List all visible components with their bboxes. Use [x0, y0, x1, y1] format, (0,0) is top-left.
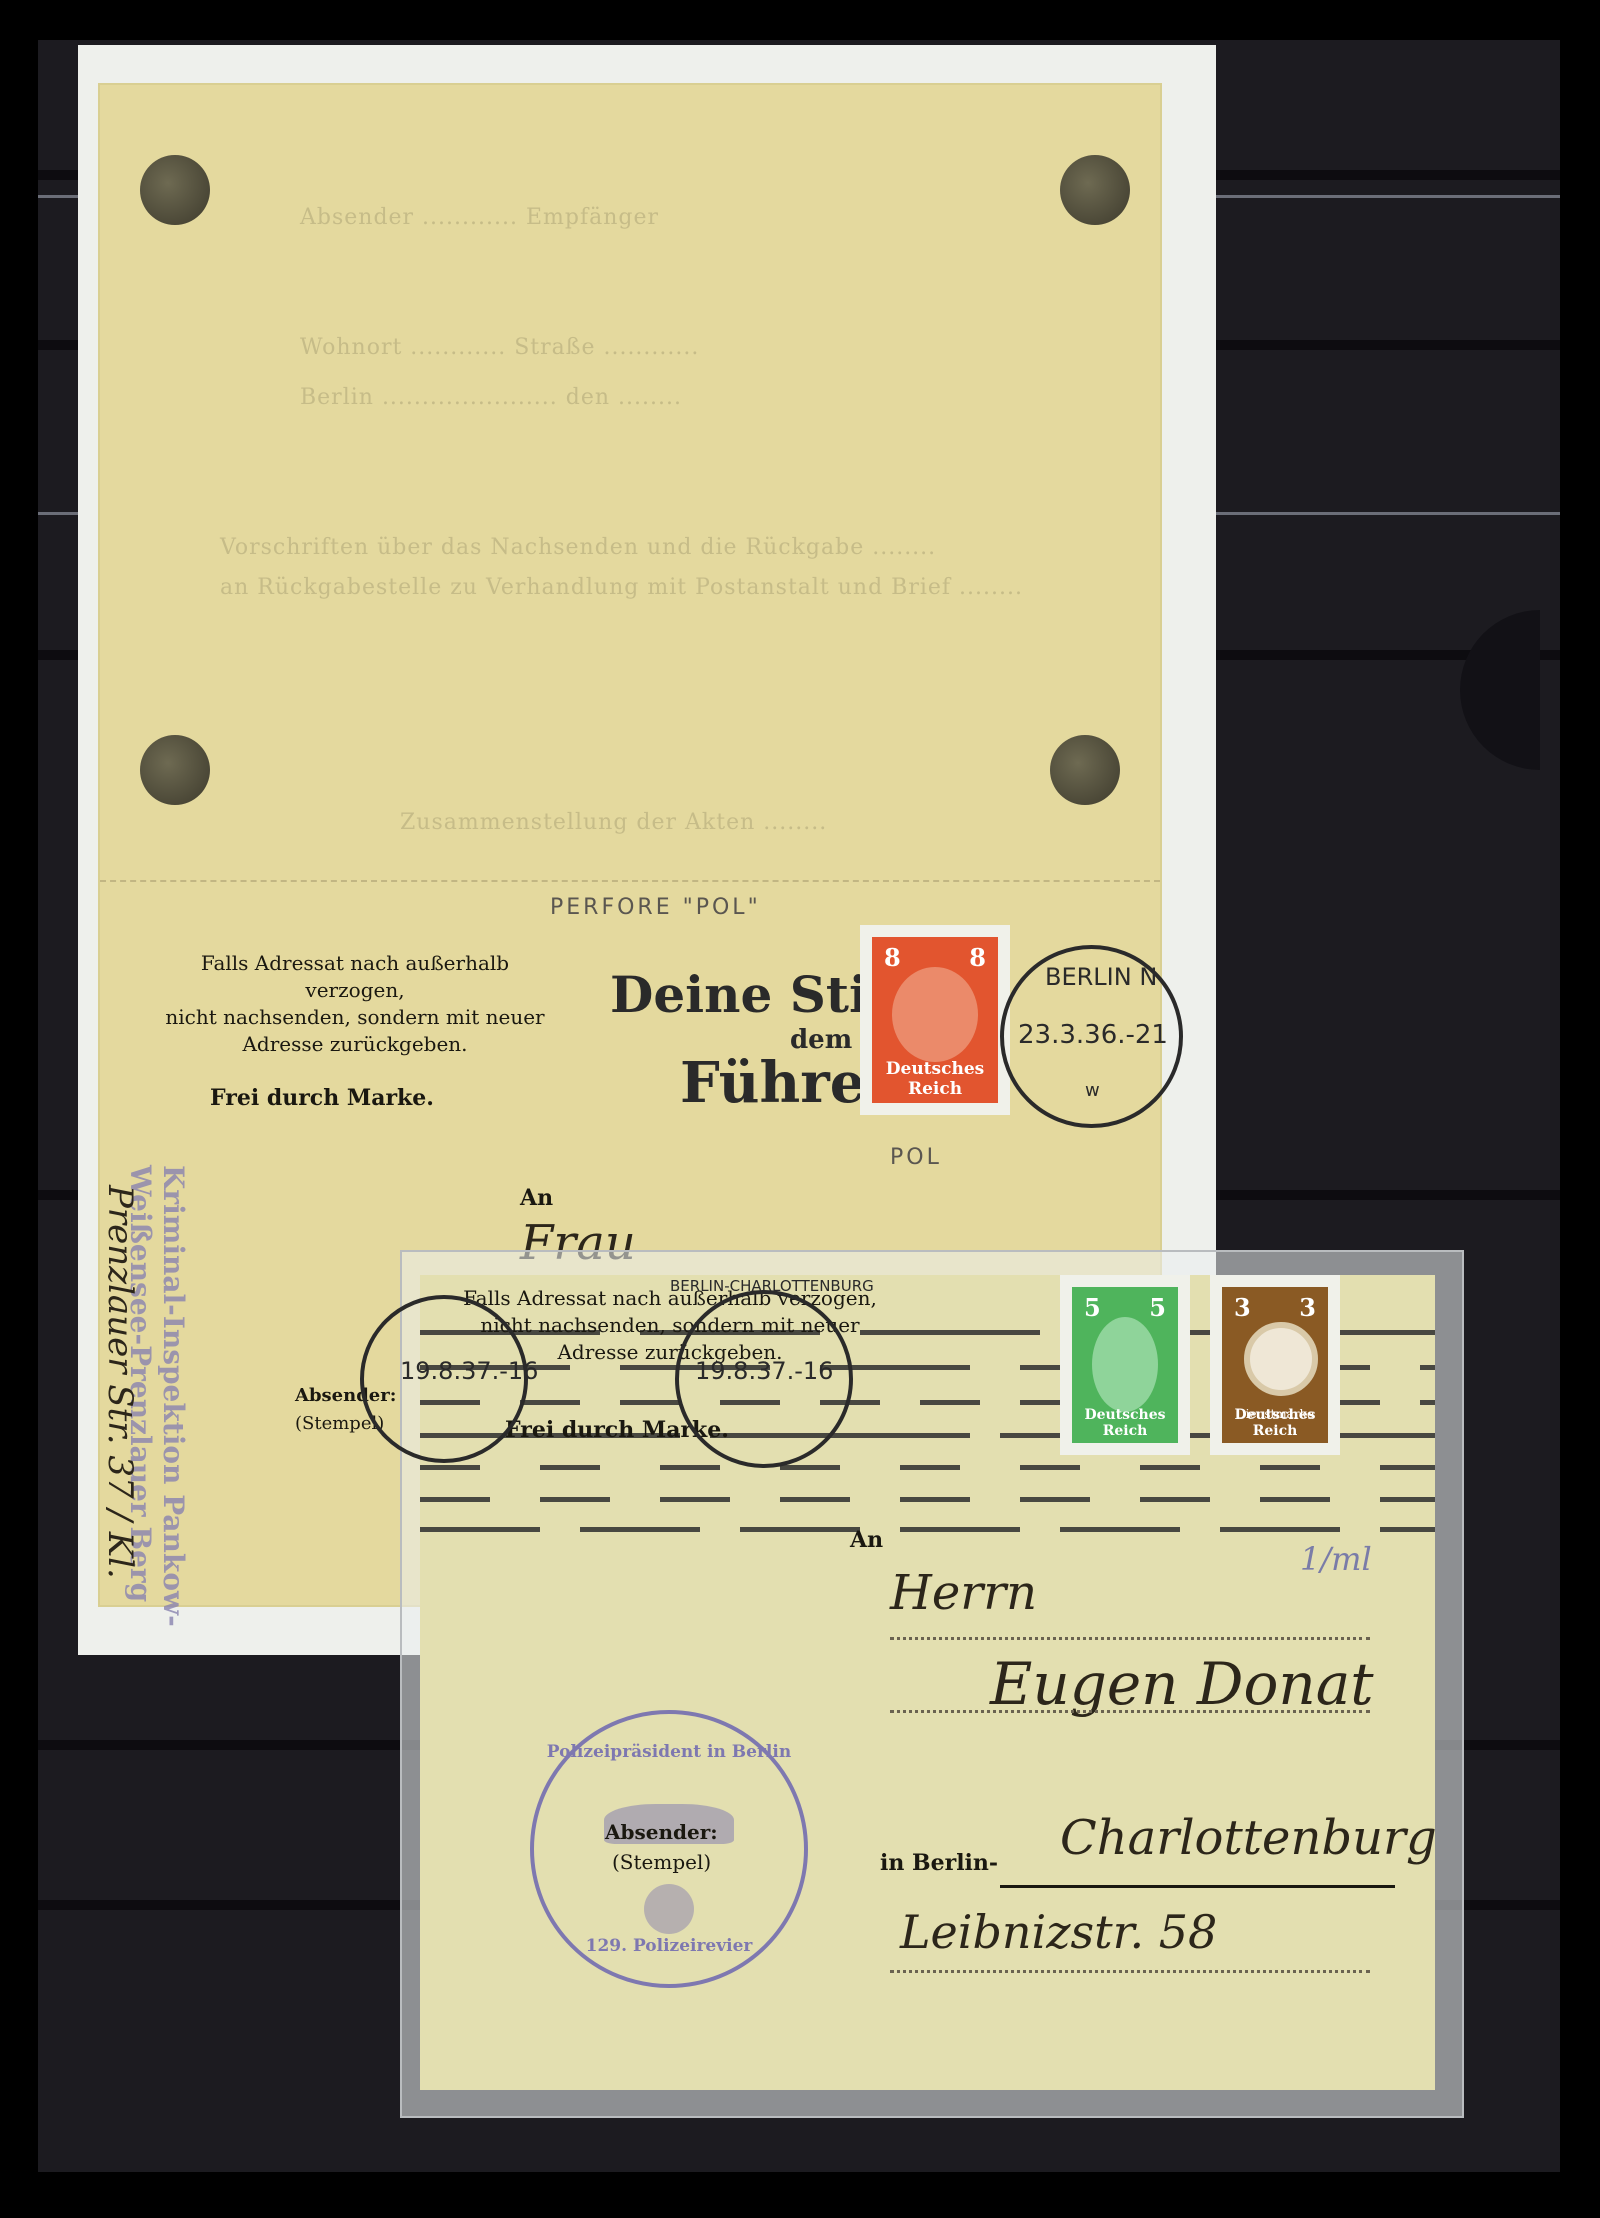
- stamp-3pf-dienstmarke[interactable]: 3 3 Dienstmarke Deutsches Reich: [1210, 1275, 1340, 1455]
- stamp-face: 5 5 Deutsches Reich: [1072, 1287, 1178, 1443]
- handwritten-side-note: Prenzlauer Str. 37 / Kl.: [100, 1185, 140, 1579]
- hinge-mark: [1050, 735, 1120, 805]
- stamp-face: 3 3 Dienstmarke Deutsches Reich: [1222, 1287, 1328, 1443]
- postage-note: Frei durch Marke.: [210, 1085, 434, 1111]
- stamp-face: 8 8 Deutsches Reich: [872, 937, 998, 1103]
- recipient-city: Charlottenburg: [1060, 1810, 1437, 1866]
- stamp-value: 5: [1084, 1293, 1101, 1322]
- stamp-country: Deutsches Reich: [1076, 1407, 1174, 1439]
- postmark-date: 23.3.36.-21: [1018, 1020, 1168, 1050]
- postmark-city: BERLIN N: [1045, 963, 1157, 991]
- wreath-emblem-icon: [1244, 1322, 1318, 1396]
- recipient-name: Eugen Donat: [990, 1650, 1374, 1718]
- hindenburg-portrait-icon: [892, 967, 978, 1062]
- wreath-emblem-icon: [644, 1884, 694, 1934]
- machine-cancel-line: [420, 1527, 1435, 1532]
- postmark-code: w: [1085, 1080, 1100, 1101]
- postmark-date: 19.8.37.-16: [695, 1357, 833, 1385]
- pencil-note: PERFORE "POL": [550, 895, 761, 920]
- stamp-value: 8: [969, 943, 986, 972]
- address-line: [890, 1710, 1370, 1713]
- stamp-8pf[interactable]: 8 8 Deutsches Reich: [860, 925, 1010, 1115]
- stamp-country: Deutsches Reich: [1226, 1407, 1324, 1439]
- forwarding-note: Falls Adressat nach außerhalb verzogen, …: [155, 950, 555, 1058]
- police-seal-stamp: Polizeipräsident in Berlin 129. Polizeir…: [530, 1710, 808, 1988]
- recipient-salutation: Herrn: [890, 1565, 1037, 1621]
- stamp-value: 3: [1299, 1293, 1316, 1322]
- stamp-country: Deutsches Reich: [876, 1059, 994, 1099]
- pencil-note-small: POL: [890, 1145, 942, 1170]
- stamp-value: 5: [1149, 1293, 1166, 1322]
- stamp-value: 3: [1234, 1293, 1251, 1322]
- address-prefix: An: [520, 1185, 553, 1211]
- postmark-date: 19.8.37.-16: [400, 1357, 538, 1385]
- address-line: [1000, 1885, 1395, 1888]
- seal-bottom-text: 129. Polizeirevier: [534, 1936, 804, 1956]
- seal-top-text: Polizeipräsident in Berlin: [534, 1742, 804, 1762]
- postmark-city: BERLIN-CHARLOTTENBURG: [670, 1277, 874, 1295]
- sender-sub: (Stempel): [612, 1850, 711, 1874]
- machine-cancel-line: [420, 1497, 1435, 1502]
- address-line: [890, 1970, 1370, 1973]
- hinge-mark: [140, 735, 210, 805]
- fold-line: [100, 880, 1160, 882]
- address-line: [890, 1637, 1370, 1640]
- address-prefix: An: [850, 1527, 883, 1553]
- hindenburg-portrait-icon: [1092, 1317, 1158, 1412]
- machine-cancel-line: [420, 1465, 1435, 1470]
- stamp-value: 8: [884, 943, 901, 972]
- hinge-mark: [1060, 155, 1130, 225]
- lower-letter-card[interactable]: Falls Adressat nach außerhalb verzogen, …: [420, 1275, 1435, 2090]
- city-prefix: in Berlin-: [880, 1850, 998, 1876]
- stamp-5pf[interactable]: 5 5 Deutsches Reich: [1060, 1275, 1190, 1455]
- sender-label: Absender:: [605, 1820, 718, 1844]
- recipient-street: Leibnizstr. 58: [900, 1905, 1217, 1959]
- thumb-cutout: [1460, 610, 1540, 770]
- hinge-mark: [140, 155, 210, 225]
- blue-pencil-note: 1/ml: [1300, 1540, 1372, 1578]
